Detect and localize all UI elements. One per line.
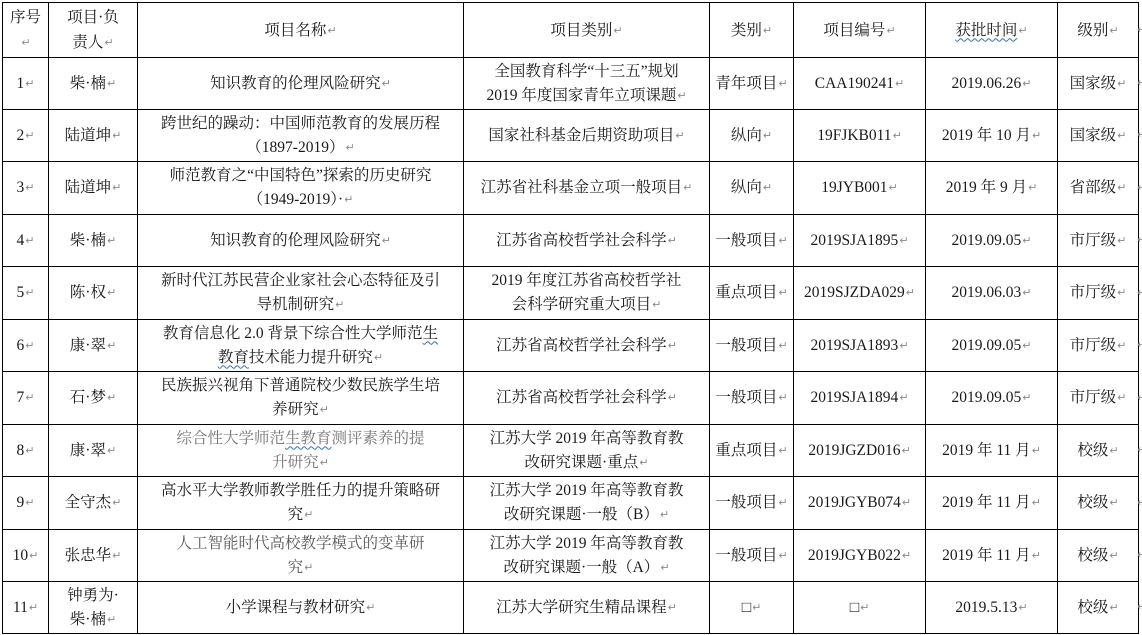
seq-cell: 3↵	[3, 162, 49, 215]
paragraph-mark-icon: ↵	[107, 444, 116, 457]
cell-text: 康·翠	[70, 442, 106, 459]
paragraph-mark-icon: ↵	[901, 444, 910, 457]
cell-text: 校级	[1077, 494, 1108, 511]
cell-text: 市厅级	[1070, 389, 1117, 406]
paragraph-mark-icon: ↵	[613, 24, 622, 37]
project-name-cell: 新时代江苏民营企业家社会心态特征及引 导机制研究↵	[138, 267, 464, 320]
paragraph-mark-icon: ↵	[906, 286, 915, 299]
date-cell: 2019 年 11 月↵	[926, 477, 1058, 530]
paragraph-mark-icon: ↵	[21, 36, 30, 49]
paragraph-mark-icon: ↵	[107, 391, 116, 404]
paragraph-mark-icon: ↵	[1018, 601, 1027, 614]
project-name-text: 综合性大学师范	[176, 430, 285, 447]
type-cell: □↵	[710, 582, 794, 634]
project-name-cell: 师范教育之“中国特色”探索的历史研究 （1949-2019）·↵	[138, 162, 464, 215]
paragraph-mark-icon: ↵	[112, 181, 121, 194]
level-cell: 校级↵	[1058, 425, 1139, 477]
paragraph-mark-icon: ↵	[677, 89, 686, 102]
project-name-text: 技术能力提升研究	[249, 349, 373, 366]
header-cell-number: 项目编号↵	[794, 3, 926, 58]
paragraph-mark-icon: ↵	[25, 129, 34, 142]
cell-text: 张忠华	[65, 547, 112, 564]
cell-text: 一般项目	[715, 494, 777, 511]
cell-text: 2019JGYB074	[808, 494, 901, 511]
project-name-text: 人工智能时代高校教学模式的变革研 究	[176, 535, 424, 576]
table-row: 8↵康·翠↵综合性大学师范生教育测评素养的提 升研究↵江苏大学 2019 年高等…	[3, 425, 1139, 477]
row-end-paragraph-mark-icon: ↵	[1137, 549, 1142, 560]
paragraph-mark-icon: ↵	[25, 181, 34, 194]
project-name-text: 师范教育之“中国特色”探索的历史研究 （1949-2019）·	[170, 167, 432, 208]
cell-text: 国家级	[1070, 127, 1117, 144]
paragraph-mark-icon: ↵	[304, 508, 313, 521]
project-name-cell: 高水平大学教师教学胜任力的提升策略研 究↵	[138, 477, 464, 530]
category-cell: 江苏大学研究生精品课程↵	[464, 582, 710, 634]
leader-cell: 柴·楠↵	[49, 215, 138, 267]
number-cell: 2019JGZD016↵	[794, 425, 926, 477]
date-cell: 2019.5.13↵	[926, 582, 1058, 634]
paragraph-mark-icon: ↵	[683, 181, 692, 194]
project-name-text: 知识教育的伦理风险研究	[210, 75, 381, 92]
date-cell: 2019.06.26↵	[926, 58, 1058, 110]
paragraph-mark-icon: ↵	[668, 339, 677, 352]
paragraph-mark-icon: ↵	[1117, 286, 1126, 299]
header-label: 项目名称	[264, 22, 326, 39]
paragraph-mark-icon: ↵	[763, 129, 772, 142]
level-cell: 校级↵	[1058, 477, 1139, 530]
cell-text: CAA190241	[815, 75, 894, 92]
cell-text: 2019 年 11 月	[942, 494, 1031, 511]
paragraph-mark-icon: ↵	[25, 444, 34, 457]
paragraph-mark-icon: ↵	[1032, 444, 1041, 457]
cell-text: 2019.06.03	[952, 284, 1022, 301]
paragraph-mark-icon: ↵	[1032, 496, 1041, 509]
seq-cell: 11↵	[3, 582, 49, 634]
cell-text: 江苏省高校哲学社会科学	[496, 389, 667, 406]
paragraph-mark-icon: ↵	[639, 456, 648, 469]
type-cell: 青年项目↵	[710, 58, 794, 110]
header-label: 序号	[10, 9, 41, 26]
row-end-paragraph-mark-icon: ↵	[1137, 182, 1142, 193]
table-row: 10↵张忠华↵人工智能时代高校教学模式的变革研 究↵江苏大学 2019 年高等教…	[3, 530, 1139, 582]
table-row: 9↵全守杰↵高水平大学教师教学胜任力的提升策略研 究↵江苏大学 2019 年高等…	[3, 477, 1139, 530]
number-cell: 2019JGYB022↵	[794, 530, 926, 582]
seq-cell: 6↵	[3, 320, 49, 372]
paragraph-mark-icon: ↵	[382, 234, 391, 247]
category-cell: 江苏大学 2019 年高等教育教 改研究课题·一般（A）↵	[464, 530, 710, 582]
row-end-paragraph-mark-icon: ↵	[1137, 234, 1142, 245]
category-cell: 国家社科基金后期资助项目↵	[464, 110, 710, 162]
level-cell: 校级↵	[1058, 582, 1139, 634]
paragraph-mark-icon: ↵	[320, 456, 329, 469]
document-page: 序号↵项目·负 责人↵项目名称↵项目类别↵类别↵项目编号↵获批时间↵级别↵ 1↵…	[0, 0, 1142, 635]
number-cell: CAA190241↵	[794, 58, 926, 110]
cell-text: 19JYB001	[821, 179, 887, 196]
paragraph-mark-icon: ↵	[778, 496, 787, 509]
cell-text: 全守杰	[65, 494, 112, 511]
paragraph-mark-icon: ↵	[1028, 181, 1037, 194]
paragraph-mark-icon: ↵	[1022, 77, 1031, 90]
level-cell: 国家级↵	[1058, 58, 1139, 110]
cell-text: 江苏大学 2019 年高等教育教 改研究课题·重点	[490, 430, 684, 471]
type-cell: 纵向↵	[710, 162, 794, 215]
level-cell: 省部级↵	[1058, 162, 1139, 215]
project-name-text: 高水平大学教师教学胜任力的提升策略研 究	[161, 482, 440, 523]
seq-cell: 8↵	[3, 425, 49, 477]
date-cell: 2019 年 11 月↵	[926, 530, 1058, 582]
paragraph-mark-icon: ↵	[652, 298, 661, 311]
paragraph-mark-icon: ↵	[778, 339, 787, 352]
number-cell: 2019SJA1895↵	[794, 215, 926, 267]
header-label: 获批时间	[955, 22, 1017, 39]
type-cell: 重点项目↵	[710, 267, 794, 320]
cell-text: 江苏省社科基金立项一般项目	[481, 179, 683, 196]
paragraph-mark-icon: ↵	[382, 77, 391, 90]
project-name-cell: 人工智能时代高校教学模式的变革研 究↵	[138, 530, 464, 582]
paragraph-mark-icon: ↵	[886, 24, 895, 37]
cell-text: 2019 年 9 月	[946, 179, 1027, 196]
cell-text: 2	[17, 127, 25, 144]
spellcheck-underlined-text: 生教育	[285, 430, 332, 447]
type-cell: 一般项目↵	[710, 477, 794, 530]
paragraph-mark-icon: ↵	[899, 234, 908, 247]
table-row: 6↵康·翠↵教育信息化 2.0 背景下综合性大学师范生 教育技术能力提升研究↵江…	[3, 320, 1139, 372]
paragraph-mark-icon: ↵	[1117, 129, 1126, 142]
paragraph-mark-icon: ↵	[1032, 129, 1041, 142]
type-cell: 一般项目↵	[710, 372, 794, 425]
cell-text: 9	[17, 494, 25, 511]
cell-text: 一般项目	[715, 389, 777, 406]
row-end-paragraph-mark-icon: ↵	[1137, 287, 1142, 298]
cell-text: 11	[13, 599, 28, 616]
seq-cell: 1↵	[3, 58, 49, 110]
paragraph-mark-icon: ↵	[895, 77, 904, 90]
header-label: 项目编号	[823, 22, 885, 39]
project-name-cell: 综合性大学师范生教育测评素养的提 升研究↵	[138, 425, 464, 477]
paragraph-mark-icon: ↵	[107, 613, 116, 626]
paragraph-mark-icon: ↵	[25, 391, 34, 404]
type-cell: 一般项目↵	[710, 530, 794, 582]
cell-text: 4	[17, 232, 25, 249]
paragraph-mark-icon: ↵	[1117, 339, 1126, 352]
cell-text: 19FJKB011	[817, 127, 891, 144]
category-cell: 2019 年度江苏省高校哲学社 会科学研究重大项目↵	[464, 267, 710, 320]
cell-text: 纵向	[731, 127, 762, 144]
number-cell: 19JYB001↵	[794, 162, 926, 215]
cell-text: □	[742, 599, 751, 616]
type-cell: 一般项目↵	[710, 320, 794, 372]
paragraph-mark-icon: ↵	[29, 601, 38, 614]
paragraph-mark-icon: ↵	[899, 339, 908, 352]
paragraph-mark-icon: ↵	[1109, 496, 1118, 509]
paragraph-mark-icon: ↵	[902, 496, 911, 509]
category-cell: 江苏省高校哲学社会科学↵	[464, 215, 710, 267]
header-label: 级别	[1077, 22, 1108, 39]
level-cell: 市厅级↵	[1058, 320, 1139, 372]
projects-table: 序号↵项目·负 责人↵项目名称↵项目类别↵类别↵项目编号↵获批时间↵级别↵ 1↵…	[2, 2, 1139, 634]
category-cell: 全国教育科学“十三五”规划 2019 年度国家青年立项课题↵	[464, 58, 710, 110]
cell-text: 江苏大学 2019 年高等教育教 改研究课题·一般（A）	[490, 535, 684, 576]
cell-text: 7	[17, 389, 25, 406]
row-end-paragraph-mark-icon: ↵	[1137, 444, 1142, 455]
cell-text: 3	[17, 179, 25, 196]
header-cell-name: 项目名称↵	[138, 3, 464, 58]
cell-text: 市厅级	[1070, 232, 1117, 249]
row-end-paragraph-mark-icon: ↵	[1137, 601, 1142, 612]
header-label: 类别	[731, 22, 762, 39]
paragraph-mark-icon: ↵	[1109, 601, 1118, 614]
cell-text: 重点项目	[715, 284, 777, 301]
cell-text: 省部级	[1070, 179, 1117, 196]
paragraph-mark-icon: ↵	[889, 181, 898, 194]
paragraph-mark-icon: ↵	[1109, 24, 1118, 37]
category-cell: 江苏省高校哲学社会科学↵	[464, 320, 710, 372]
paragraph-mark-icon: ↵	[107, 234, 116, 247]
cell-text: 青年项目	[715, 75, 777, 92]
paragraph-mark-icon: ↵	[320, 403, 329, 416]
row-end-paragraph-mark-icon: ↵	[1137, 339, 1142, 350]
paragraph-mark-icon: ↵	[104, 36, 113, 49]
paragraph-mark-icon: ↵	[345, 141, 354, 154]
paragraph-mark-icon: ↵	[893, 129, 902, 142]
paragraph-mark-icon: ↵	[1022, 391, 1031, 404]
cell-text: 2019SJA1895	[810, 232, 898, 249]
leader-cell: 陆道坤↵	[49, 110, 138, 162]
project-name-cell: 民族振兴视角下普通院校少数民族学生培 养研究↵	[138, 372, 464, 425]
cell-text: 6	[17, 337, 25, 354]
cell-text: 柴·楠	[70, 75, 106, 92]
cell-text: 2019.09.05	[952, 232, 1022, 249]
number-cell: 2019SJZDA029↵	[794, 267, 926, 320]
type-cell: 重点项目↵	[710, 425, 794, 477]
leader-cell: 陈·权↵	[49, 267, 138, 320]
row-end-paragraph-mark-icon: ↵	[1137, 392, 1142, 403]
cell-text: 纵向	[731, 179, 762, 196]
type-cell: 纵向↵	[710, 110, 794, 162]
project-name-cell: 跨世纪的躁动：中国师范教育的发展历程 （1897-2019）↵	[138, 110, 464, 162]
paragraph-mark-icon: ↵	[366, 601, 375, 614]
cell-text: 重点项目	[715, 442, 777, 459]
date-cell: 2019 年 10 月↵	[926, 110, 1058, 162]
cell-text: 一般项目	[715, 547, 777, 564]
row-end-paragraph-mark-icon: ↵	[1137, 497, 1142, 508]
cell-text: 江苏省高校哲学社会科学	[496, 337, 667, 354]
paragraph-mark-icon: ↵	[860, 601, 869, 614]
date-cell: 2019.09.05↵	[926, 215, 1058, 267]
cell-text: 市厅级	[1070, 284, 1117, 301]
cell-text: 陈·权	[70, 284, 106, 301]
header-label: 项目类别	[550, 22, 612, 39]
paragraph-mark-icon: ↵	[112, 129, 121, 142]
category-cell: 江苏大学 2019 年高等教育教 改研究课题·重点↵	[464, 425, 710, 477]
paragraph-mark-icon: ↵	[778, 286, 787, 299]
cell-text: 校级	[1077, 547, 1108, 564]
paragraph-mark-icon: ↵	[1117, 181, 1126, 194]
cell-text: 国家社科基金后期资助项目	[488, 127, 674, 144]
project-name-cell: 教育信息化 2.0 背景下综合性大学师范生 教育技术能力提升研究↵	[138, 320, 464, 372]
paragraph-mark-icon: ↵	[763, 181, 772, 194]
paragraph-mark-icon: ↵	[107, 339, 116, 352]
cell-text: 国家级	[1070, 75, 1117, 92]
cell-text: 2019 年 11 月	[942, 442, 1031, 459]
paragraph-mark-icon: ↵	[899, 391, 908, 404]
number-cell: 2019JGYB074↵	[794, 477, 926, 530]
leader-cell: 钟勇为· 柴·楠↵	[49, 582, 138, 634]
cell-text: 2019SJA1894	[810, 389, 898, 406]
cell-text: 2019SJZDA029	[804, 284, 905, 301]
paragraph-mark-icon: ↵	[25, 234, 34, 247]
paragraph-mark-icon: ↵	[902, 549, 911, 562]
paragraph-mark-icon: ↵	[25, 339, 34, 352]
paragraph-mark-icon: ↵	[304, 561, 313, 574]
paragraph-mark-icon: ↵	[752, 601, 761, 614]
cell-text: 2019JGZD016	[808, 442, 900, 459]
paragraph-mark-icon: ↵	[107, 77, 116, 90]
header-cell-type: 类别↵	[710, 3, 794, 58]
project-name-cell: 知识教育的伦理风险研究↵	[138, 58, 464, 110]
leader-cell: 康·翠↵	[49, 425, 138, 477]
date-cell: 2019 年 9 月↵	[926, 162, 1058, 215]
cell-text: 2019.09.05	[952, 389, 1022, 406]
date-cell: 2019.09.05↵	[926, 320, 1058, 372]
paragraph-mark-icon: ↵	[25, 286, 34, 299]
project-name-text: 小学课程与教材研究	[226, 599, 366, 616]
paragraph-mark-icon: ↵	[1032, 549, 1041, 562]
leader-cell: 陆道坤↵	[49, 162, 138, 215]
number-cell: 2019SJA1894↵	[794, 372, 926, 425]
category-cell: 江苏大学 2019 年高等教育教 改研究课题·一般（B）↵	[464, 477, 710, 530]
cell-text: 江苏大学 2019 年高等教育教 改研究课题·一般（B）	[490, 482, 684, 523]
leader-cell: 全守杰↵	[49, 477, 138, 530]
project-name-text: 跨世纪的躁动：中国师范教育的发展历程 （1897-2019）	[161, 115, 440, 156]
cell-text: □	[850, 599, 859, 616]
cell-text: 校级	[1077, 599, 1108, 616]
type-cell: 一般项目↵	[710, 215, 794, 267]
header-cell-category: 项目类别↵	[464, 3, 710, 58]
seq-cell: 2↵	[3, 110, 49, 162]
paragraph-mark-icon: ↵	[112, 549, 121, 562]
row-end-paragraph-mark-icon: ↵	[1137, 129, 1142, 140]
cell-text: 校级	[1077, 442, 1108, 459]
paragraph-mark-icon: ↵	[1018, 24, 1027, 37]
paragraph-mark-icon: ↵	[112, 496, 121, 509]
paragraph-mark-icon: ↵	[668, 601, 677, 614]
date-cell: 2019.06.03↵	[926, 267, 1058, 320]
leader-cell: 石·梦↵	[49, 372, 138, 425]
cell-text: 2019.5.13	[955, 599, 1017, 616]
paragraph-mark-icon: ↵	[1117, 234, 1126, 247]
paragraph-mark-icon: ↵	[763, 24, 772, 37]
table-header-row: 序号↵项目·负 责人↵项目名称↵项目类别↵类别↵项目编号↵获批时间↵级别↵	[3, 3, 1139, 58]
row-end-paragraph-mark-icon: ↵	[1137, 77, 1142, 88]
row-end-paragraph-mark-icon: ↵	[1137, 24, 1142, 35]
header-cell-level: 级别↵	[1058, 3, 1139, 58]
header-cell-date: 获批时间↵	[926, 3, 1058, 58]
table-row: 3↵陆道坤↵师范教育之“中国特色”探索的历史研究 （1949-2019）·↵江苏…	[3, 162, 1139, 215]
header-cell-leader: 项目·负 责人↵	[49, 3, 138, 58]
cell-text: 陆道坤	[65, 179, 112, 196]
cell-text: 5	[17, 284, 25, 301]
paragraph-mark-icon: ↵	[107, 286, 116, 299]
date-cell: 2019 年 11 月↵	[926, 425, 1058, 477]
seq-cell: 4↵	[3, 215, 49, 267]
cell-text: 1	[17, 75, 25, 92]
leader-cell: 柴·楠↵	[49, 58, 138, 110]
cell-text: 2019.09.05	[952, 337, 1022, 354]
table-row: 2↵陆道坤↵跨世纪的躁动：中国师范教育的发展历程 （1897-2019）↵国家社…	[3, 110, 1139, 162]
paragraph-mark-icon: ↵	[29, 549, 38, 562]
leader-cell: 张忠华↵	[49, 530, 138, 582]
paragraph-mark-icon: ↵	[675, 129, 684, 142]
number-cell: □↵	[794, 582, 926, 634]
paragraph-mark-icon: ↵	[1022, 339, 1031, 352]
project-name-text: 新时代江苏民营企业家社会心态特征及引 导机制研究	[161, 272, 440, 313]
cell-text: 2019 年 11 月	[942, 547, 1031, 564]
level-cell: 市厅级↵	[1058, 372, 1139, 425]
paragraph-mark-icon: ↵	[778, 234, 787, 247]
table-row: 5↵陈·权↵新时代江苏民营企业家社会心态特征及引 导机制研究↵2019 年度江苏…	[3, 267, 1139, 320]
cell-text: 一般项目	[715, 232, 777, 249]
seq-cell: 5↵	[3, 267, 49, 320]
project-name-text: 民族振兴视角下普通院校少数民族学生培 养研究	[161, 377, 440, 418]
paragraph-mark-icon: ↵	[1109, 549, 1118, 562]
project-name-text: 教育信息化 2.0 背景下综合性大学师范	[163, 325, 423, 342]
paragraph-mark-icon: ↵	[1117, 391, 1126, 404]
paragraph-mark-icon: ↵	[1117, 77, 1126, 90]
cell-text: 2019SJA1893	[810, 337, 898, 354]
paragraph-mark-icon: ↵	[25, 496, 34, 509]
paragraph-mark-icon: ↵	[660, 508, 669, 521]
cell-text: 陆道坤	[65, 127, 112, 144]
paragraph-mark-icon: ↵	[778, 549, 787, 562]
paragraph-mark-icon: ↵	[668, 391, 677, 404]
seq-cell: 10↵	[3, 530, 49, 582]
level-cell: 市厅级↵	[1058, 267, 1139, 320]
cell-text: 康·翠	[70, 337, 106, 354]
paragraph-mark-icon: ↵	[668, 234, 677, 247]
seq-cell: 9↵	[3, 477, 49, 530]
project-name-cell: 小学课程与教材研究↵	[138, 582, 464, 634]
cell-text: 江苏大学研究生精品课程	[496, 599, 667, 616]
paragraph-mark-icon: ↵	[335, 298, 344, 311]
paragraph-mark-icon: ↵	[25, 77, 34, 90]
table-row: 1↵柴·楠↵知识教育的伦理风险研究↵全国教育科学“十三五”规划 2019 年度国…	[3, 58, 1139, 110]
table-row: 11↵钟勇为· 柴·楠↵小学课程与教材研究↵江苏大学研究生精品课程↵□↵□↵20…	[3, 582, 1139, 634]
project-name-text: 知识教育的伦理风险研究	[210, 232, 381, 249]
level-cell: 市厅级↵	[1058, 215, 1139, 267]
leader-cell: 康·翠↵	[49, 320, 138, 372]
category-cell: 江苏省高校哲学社会科学↵	[464, 372, 710, 425]
cell-text: 2019.06.26	[952, 75, 1022, 92]
header-cell-seq: 序号↵	[3, 3, 49, 58]
cell-text: 全国教育科学“十三五”规划 2019 年度国家青年立项课题	[486, 63, 678, 104]
level-cell: 校级↵	[1058, 530, 1139, 582]
cell-text: 一般项目	[715, 337, 777, 354]
cell-text: 石·梦	[70, 389, 106, 406]
table-row: 7↵石·梦↵民族振兴视角下普通院校少数民族学生培 养研究↵江苏省高校哲学社会科学…	[3, 372, 1139, 425]
category-cell: 江苏省社科基金立项一般项目↵	[464, 162, 710, 215]
cell-text: 2019JGYB022	[808, 547, 901, 564]
seq-cell: 7↵	[3, 372, 49, 425]
number-cell: 2019SJA1893↵	[794, 320, 926, 372]
date-cell: 2019.09.05↵	[926, 372, 1058, 425]
paragraph-mark-icon: ↵	[374, 351, 383, 364]
level-cell: 国家级↵	[1058, 110, 1139, 162]
paragraph-mark-icon: ↵	[1109, 444, 1118, 457]
paragraph-mark-icon: ↵	[660, 561, 669, 574]
paragraph-mark-icon: ↵	[344, 193, 353, 206]
paragraph-mark-icon: ↵	[327, 24, 336, 37]
cell-text: 2019 年 10 月	[942, 127, 1031, 144]
